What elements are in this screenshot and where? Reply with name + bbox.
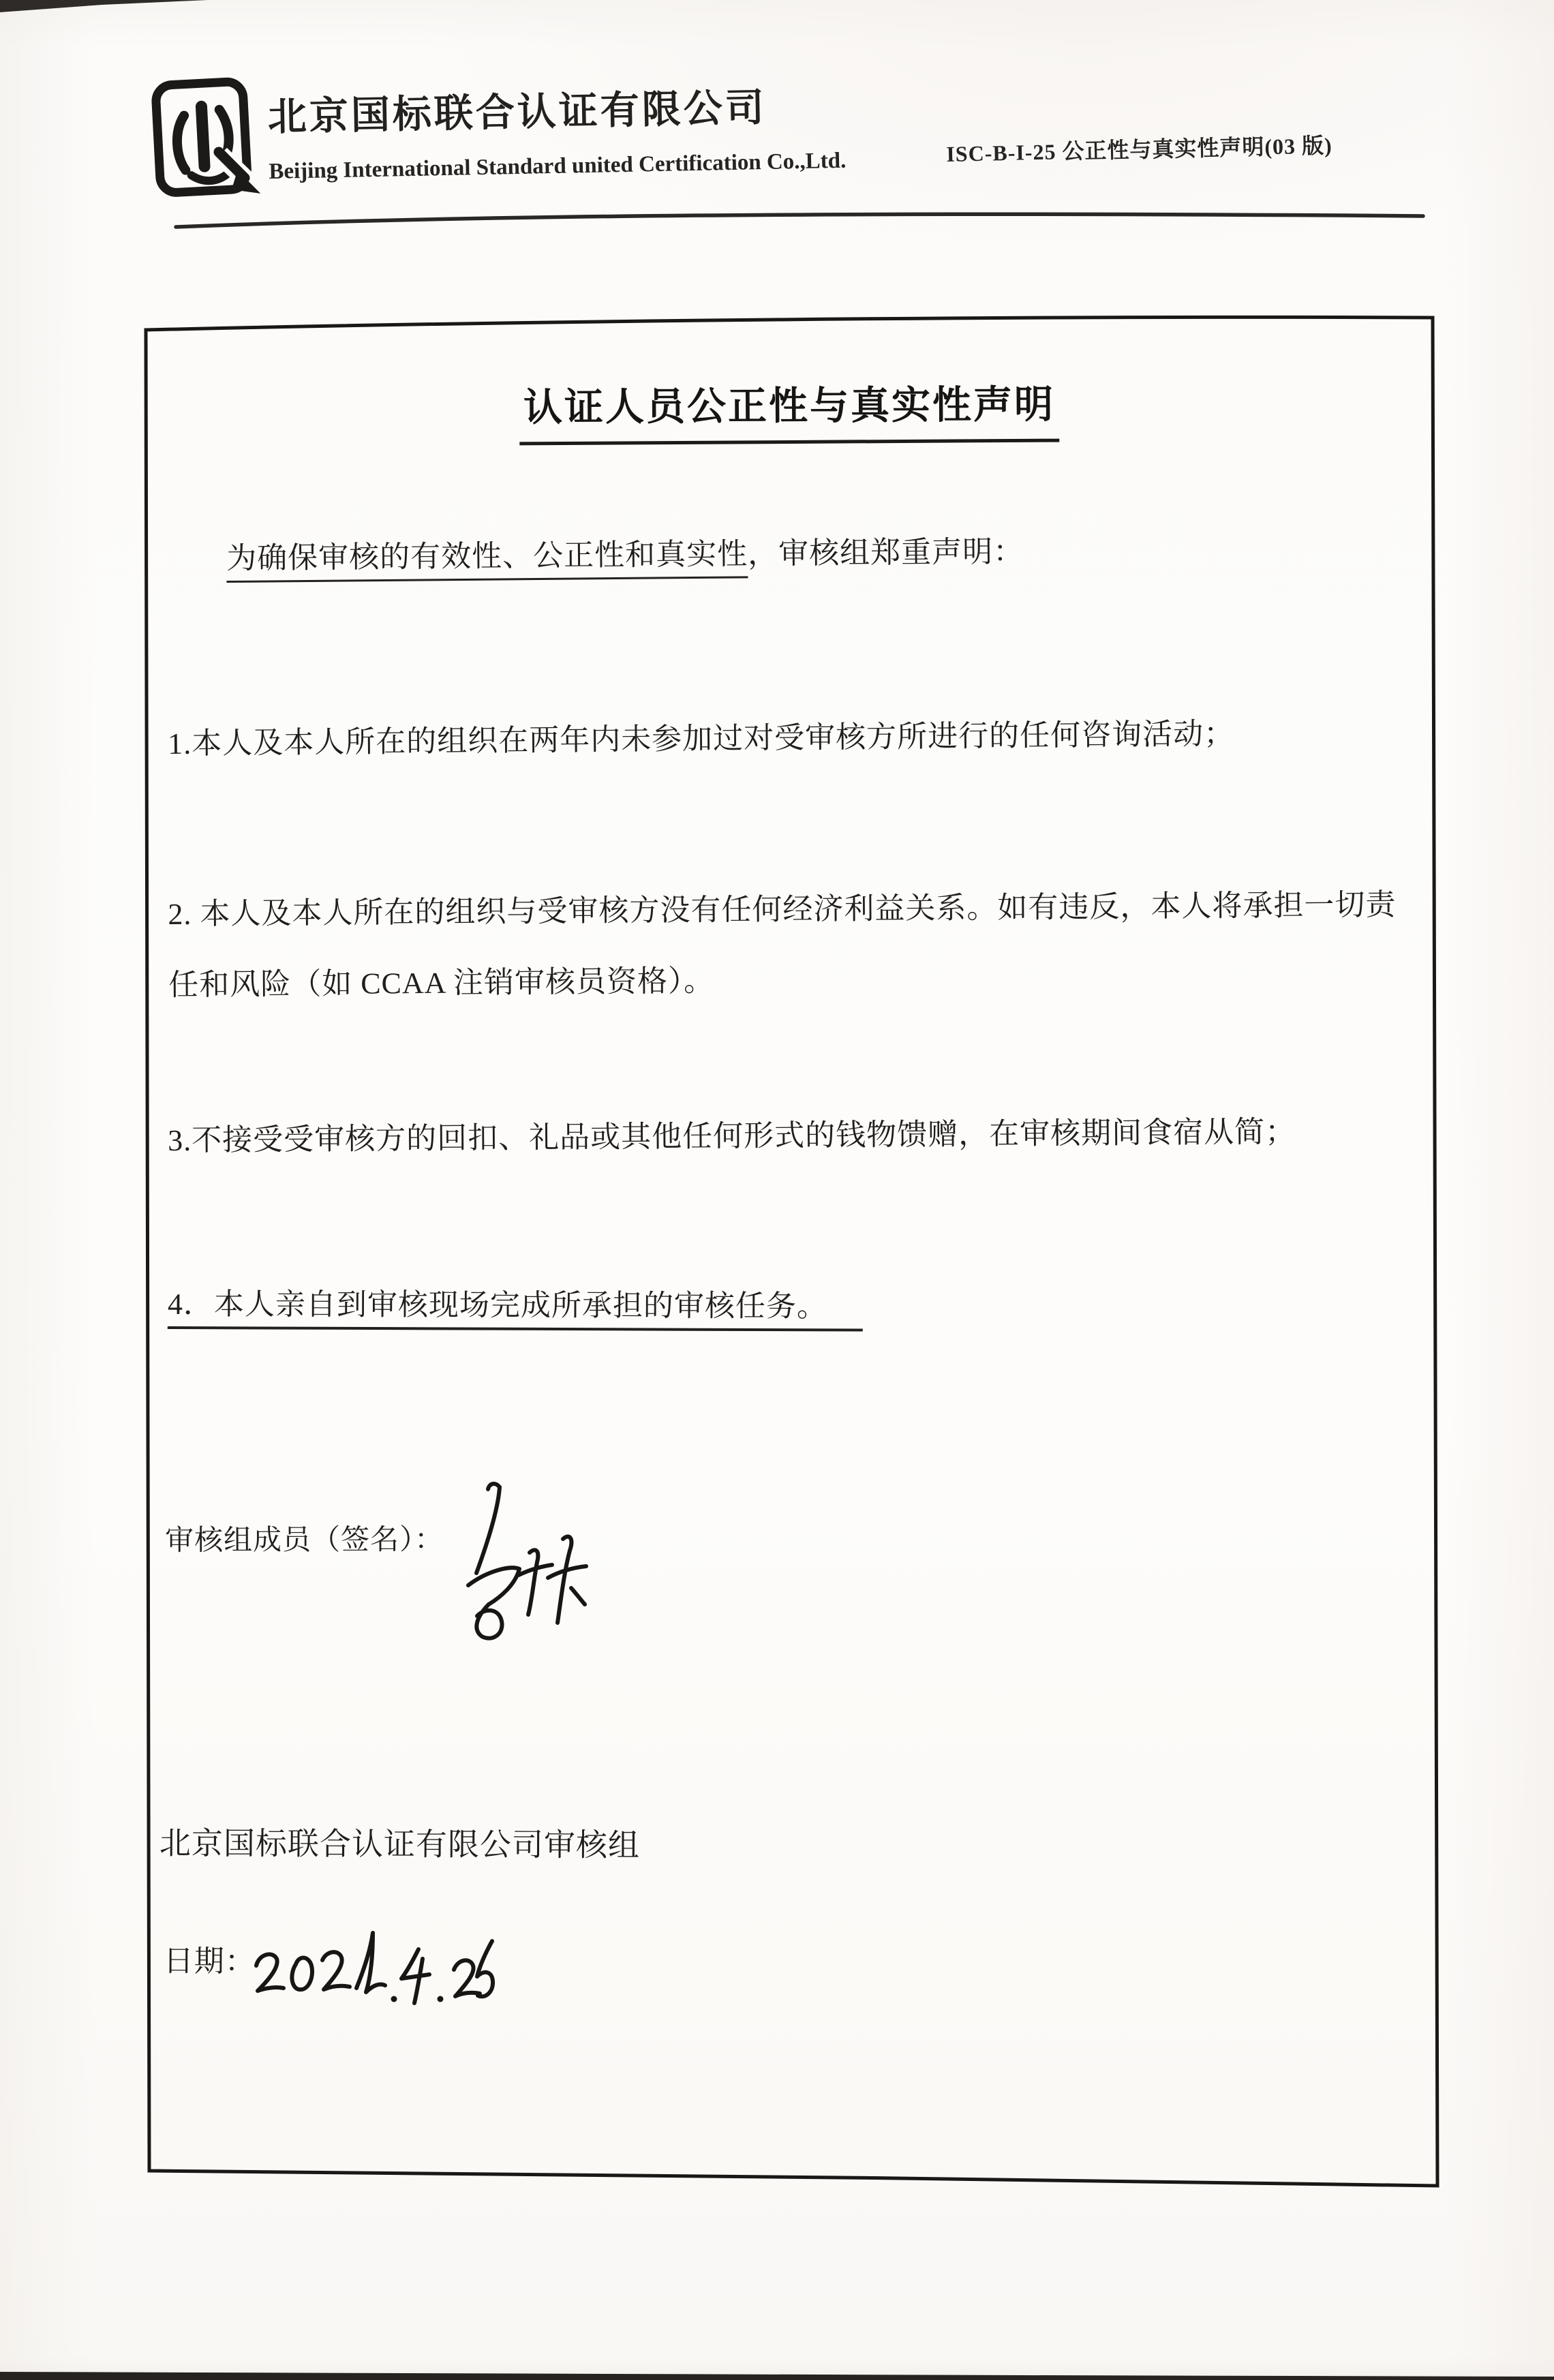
- intro-underlined: 为确保审核的有效性、公正性和真实性: [226, 537, 748, 583]
- date-strokes: [245, 1922, 504, 2014]
- signature-strokes: [446, 1471, 610, 1648]
- scanned-declaration-page: 北京国标联合认证有限公司 Beijing International Stand…: [0, 0, 1554, 2380]
- company-name-cn: 北京国标联合认证有限公司: [267, 75, 845, 142]
- company-logo-icon: [149, 73, 263, 206]
- date-label: 日期：: [164, 1947, 256, 1977]
- header-separator-line: [176, 214, 1423, 227]
- date-handwriting: 2022.4.25: [245, 1922, 504, 2014]
- company-name-block: 北京国标联合认证有限公司 Beijing International Stand…: [267, 75, 847, 185]
- signature-handwriting: 李林: [446, 1471, 610, 1648]
- declaration-item-4: 4．本人亲自到审核现场完成所承担的审核任务。: [168, 1290, 863, 1332]
- page-linework: [0, 0, 1554, 2380]
- signature-label: 审核组成员（签名）：: [165, 1526, 444, 1555]
- declaration-intro: 为确保审核的有效性、公正性和真实性，审核组郑重声明：: [226, 537, 1024, 574]
- team-line: 北京国标联合认证有限公司审核组: [159, 1828, 640, 1861]
- content-box-border: [146, 317, 1437, 2186]
- scanner-edge-top: [0, 0, 208, 12]
- scanner-edge-bottom: [0, 2372, 1554, 2380]
- item-4-underlined: 4．本人亲自到审核现场完成所承担的审核任务。: [168, 1290, 863, 1332]
- header: [151, 75, 260, 204]
- declaration-title-text: 认证人员公正性与真实性声明: [519, 373, 1060, 446]
- intro-rest: ，审核组郑重声明：: [748, 535, 1024, 571]
- declaration-title: 认证人员公正性与真实性声明: [144, 371, 1435, 448]
- declaration-item-2: 2. 本人及本人所在的组织与受审核方没有任何经济利益关系。如有违反，本人将承担一…: [168, 870, 1423, 1021]
